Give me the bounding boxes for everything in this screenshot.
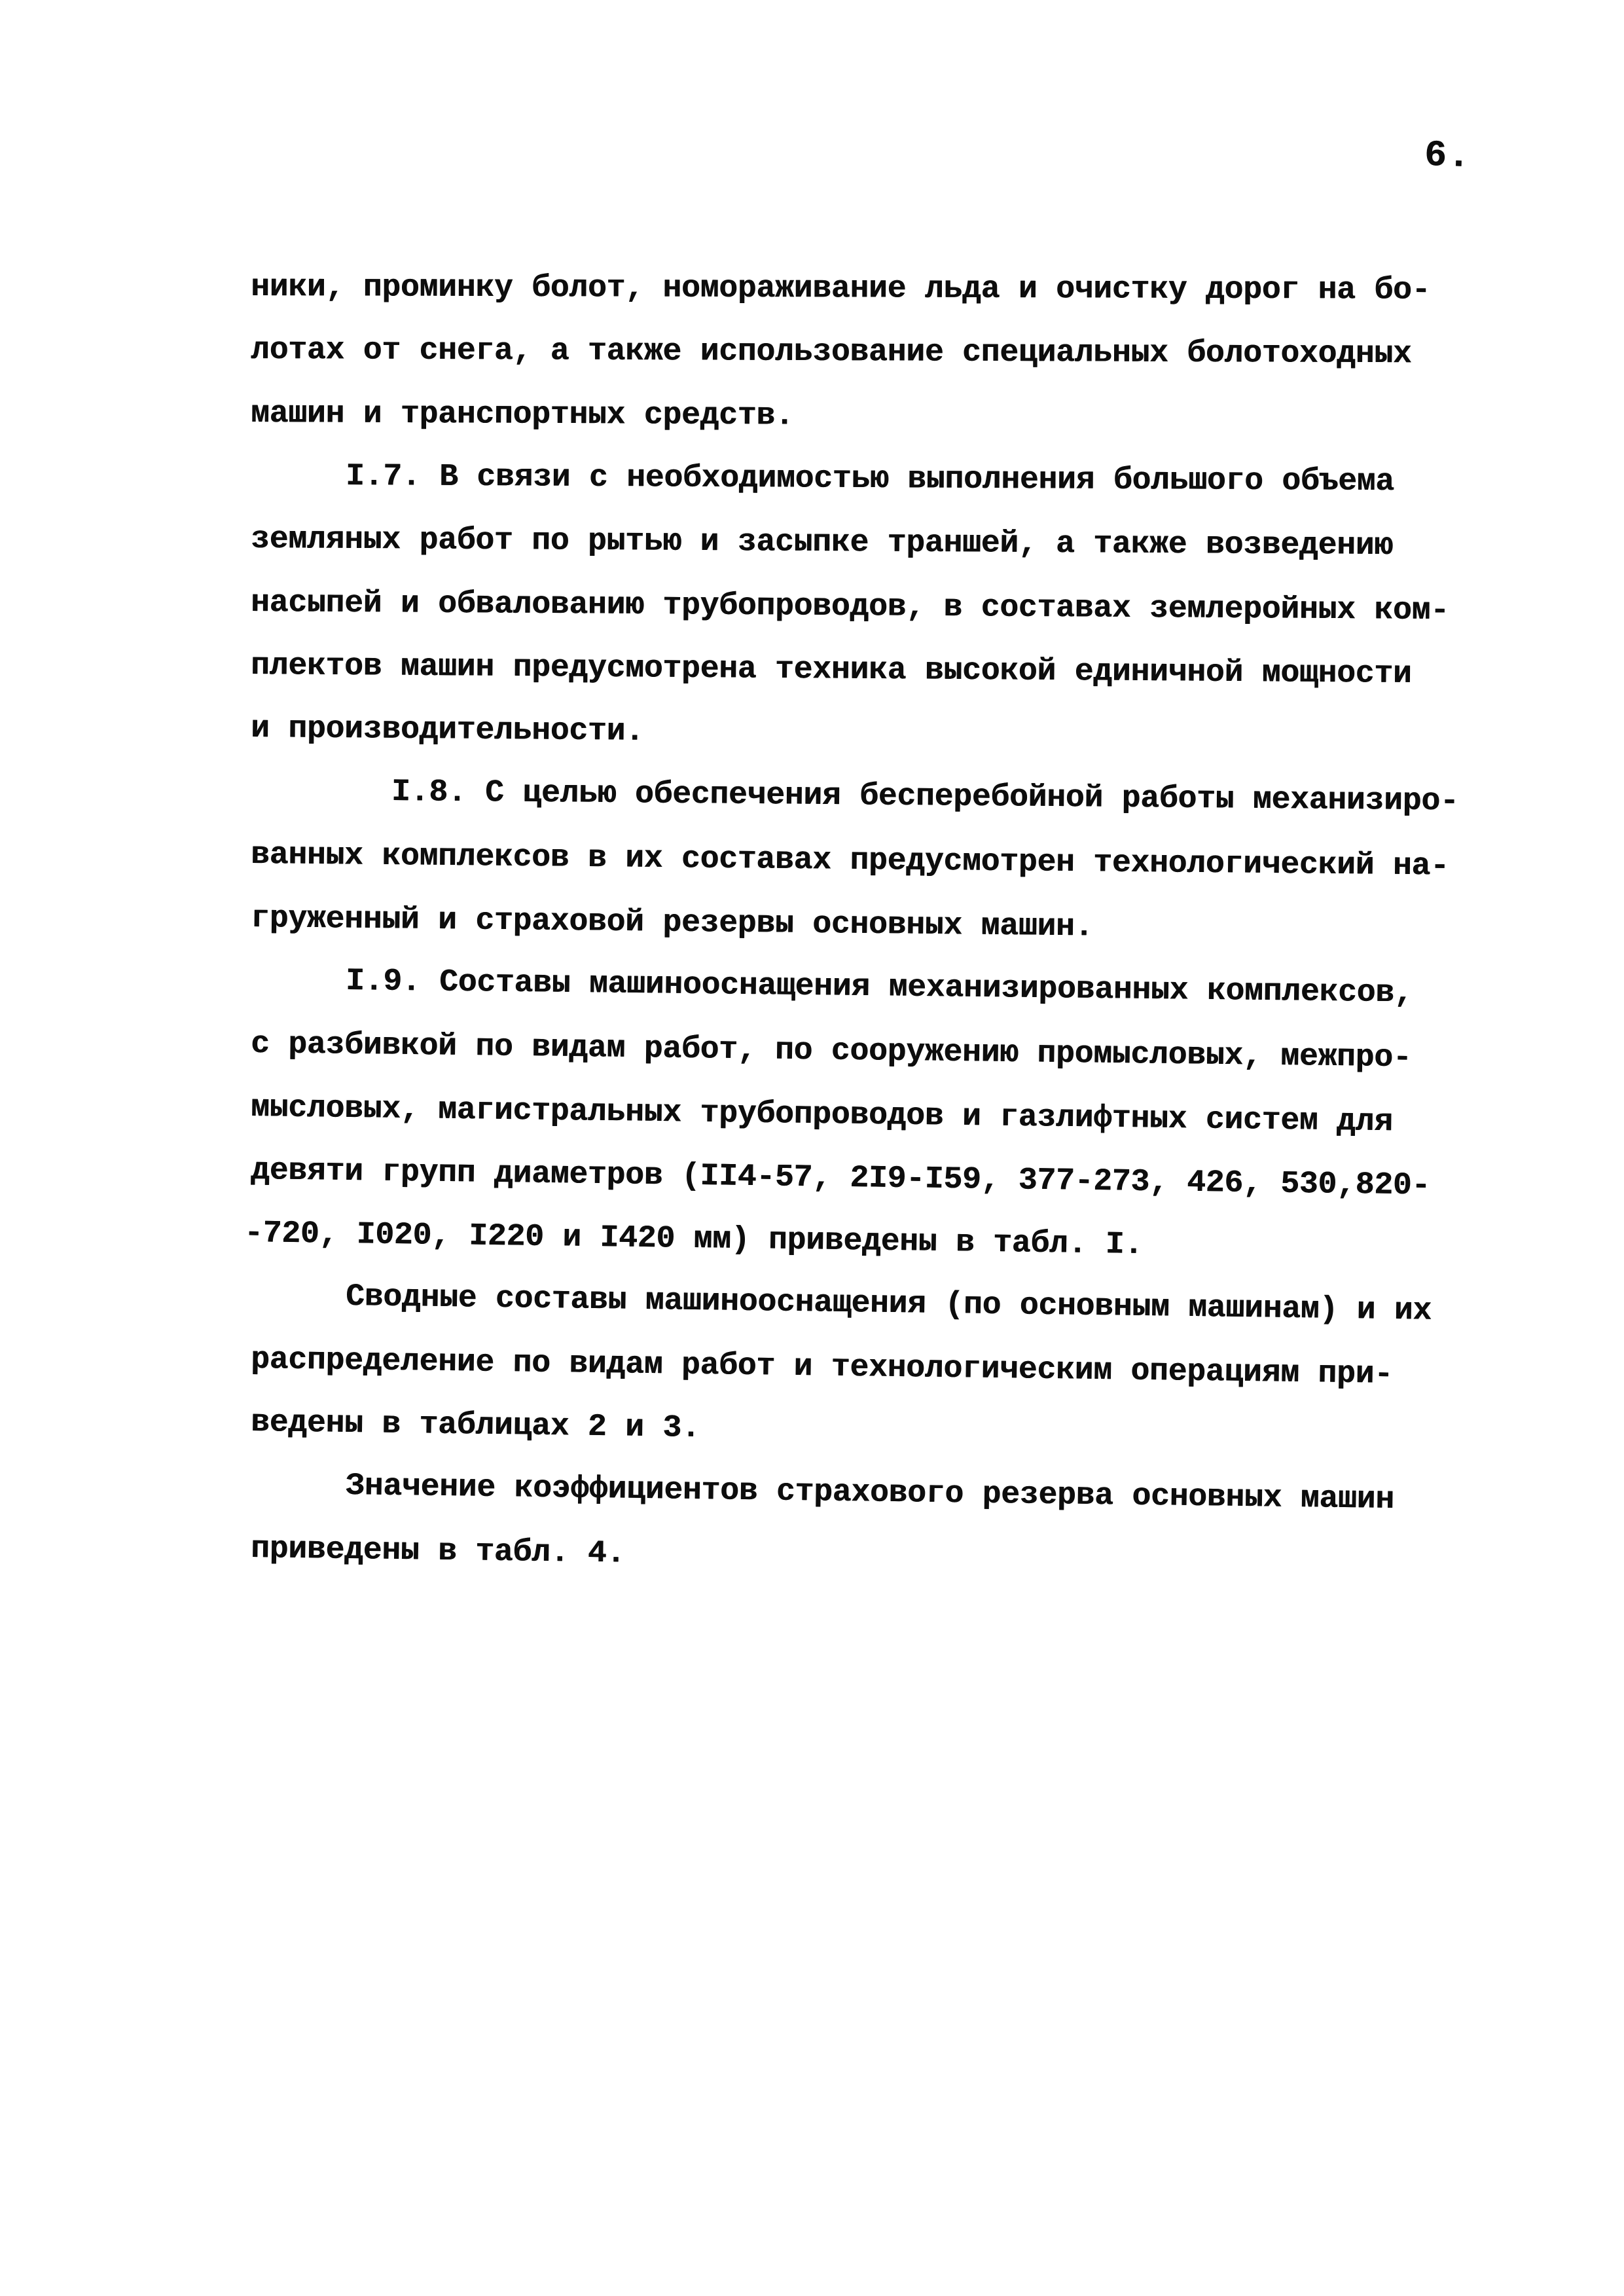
text-line: машин и транспортных средств. [251, 398, 794, 431]
text-line: Значение коэффициентов страхового резерв… [346, 1470, 1394, 1516]
text-line: девяти групп диаметров (II4-57, 2I9-I59,… [251, 1155, 1431, 1202]
text-line: плектов машин предусмотрена техника высо… [251, 650, 1412, 690]
text-line: ники, проминку болот, номораживание льда… [251, 272, 1430, 306]
text-line: I.7. В связи с необходимостью выполнения… [346, 461, 1394, 498]
text-line: мысловых, магистральных трубопроводов и … [251, 1092, 1393, 1138]
text-line: приведены в табл. 4. [251, 1533, 626, 1569]
text-line: с разбивкой по видам работ, по сооружени… [251, 1029, 1412, 1074]
text-line: ванных комплексов в их составах предусмо… [251, 839, 1449, 883]
text-line: ведены в таблицах 2 и 3. [251, 1407, 700, 1444]
text-line: I.8. С целью обеспечения бесперебойной р… [391, 776, 1459, 818]
text-lines: ники, проминку болот, номораживание льда… [0, 0, 1624, 2296]
text-line: груженный и страховой резервы основных м… [251, 903, 1094, 943]
text-line: насыпей и обвалованию трубопроводов, в с… [251, 587, 1449, 627]
text-line: и производительности. [251, 713, 644, 748]
text-line: земляных работ по рытью и засыпке транше… [251, 524, 1393, 562]
text-line: распределение по видам работ и технологи… [251, 1344, 1393, 1391]
text-line: лотах от снега, а также использование сп… [251, 335, 1412, 370]
text-line: I.9. Составы машинооснащения механизиров… [346, 966, 1413, 1009]
document-page: 6. ники, проминку болот, номораживание л… [0, 0, 1624, 2296]
text-line: Сводные составы машинооснащения (по осно… [346, 1281, 1432, 1327]
text-line: -720, I020, I220 и I420 мм) приведены в … [244, 1218, 1144, 1261]
